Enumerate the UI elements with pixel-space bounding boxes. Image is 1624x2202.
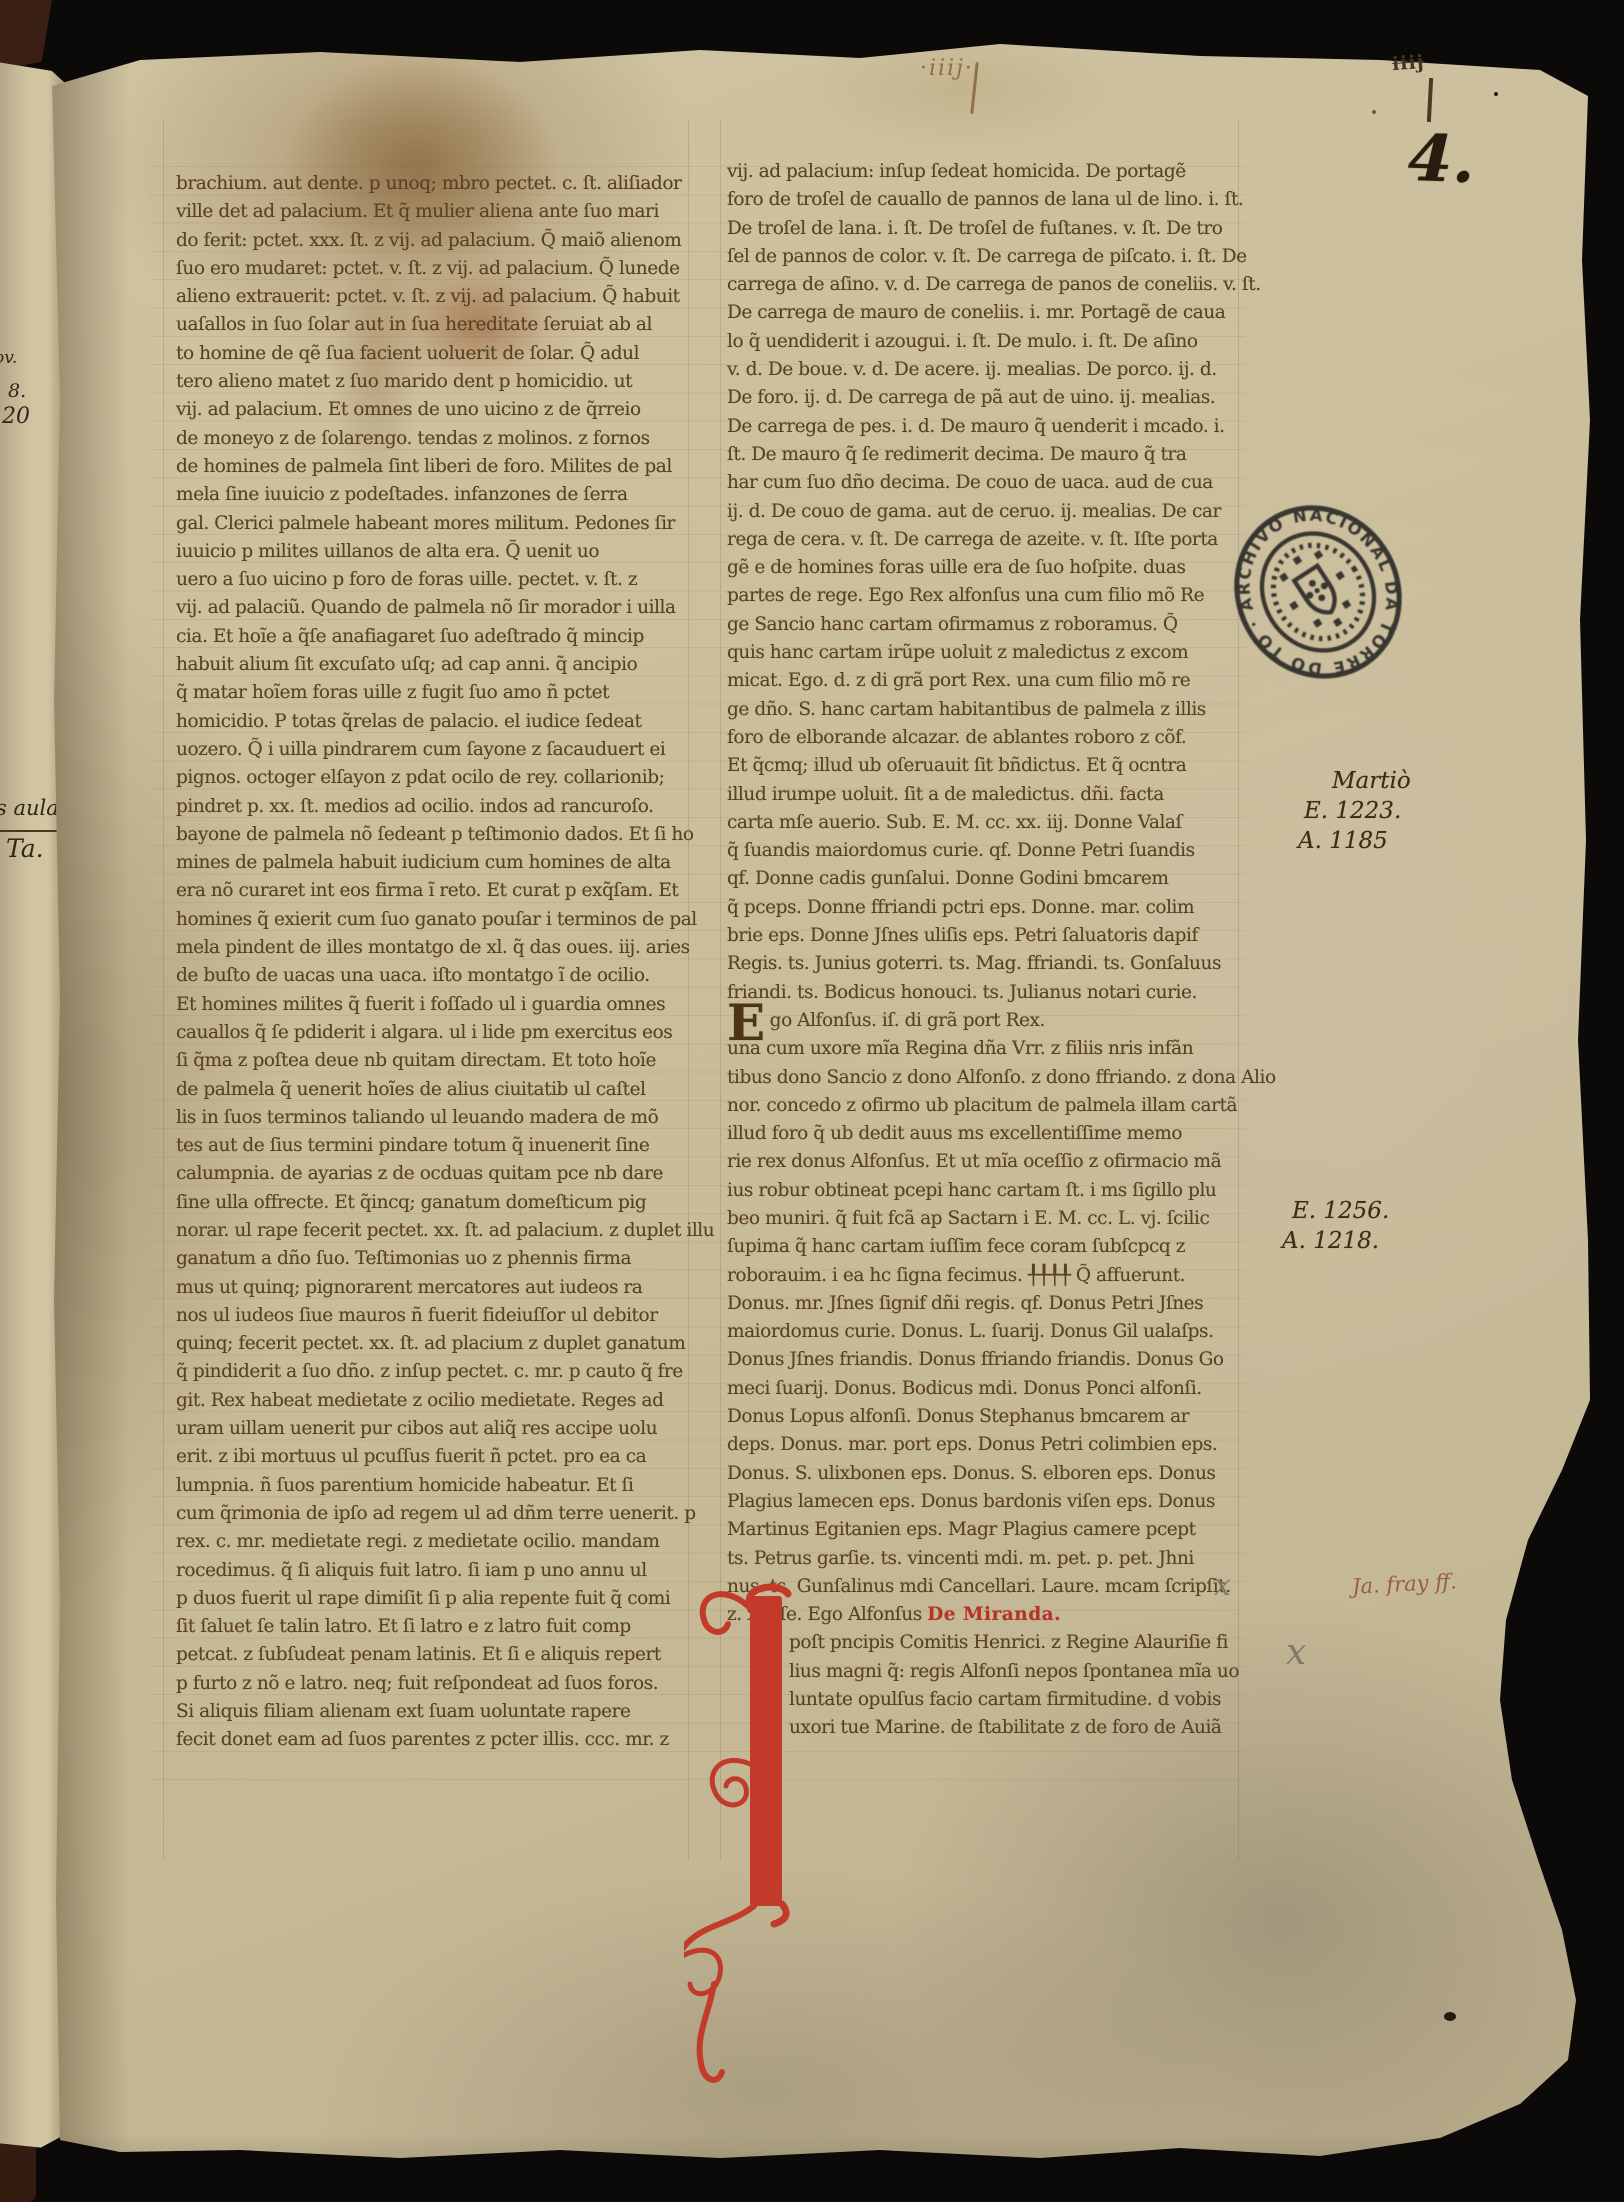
manuscript-text-line: rocedimus. q̃ ſi aliquis fuit latro. ſi …: [176, 1557, 688, 1585]
manuscript-text-line: tes aut de ſius termini pindare totum q̃…: [176, 1132, 688, 1160]
manuscript-text-line: roborauim. i ea hc ſigna fecimus. ╀╀╀╀ Q…: [727, 1262, 1239, 1290]
manuscript-text-line: tibus dono Sancio z dono Alfonſo. z dono…: [727, 1064, 1239, 1092]
text-column-right: vij. ad palacium: inſup ſedeat homicida.…: [727, 158, 1239, 1743]
manuscript-text-line: vij. ad palacium. Et omnes de uno uicino…: [176, 396, 688, 424]
struck-quire-mark: iiij: [1391, 51, 1425, 75]
manuscript-text-line: carta mſe auerio. Sub. E. M. cc. xx. iij…: [727, 809, 1239, 837]
manuscript-text-line: mela ſine iuuicio z podeſtades. infanzon…: [176, 481, 688, 509]
manuscript-text-line: mines de palmela habuit iudicium cum hom…: [176, 849, 688, 877]
manuscript-text-line: era nõ curaret int eos firma ĩ reto. Et …: [176, 877, 688, 905]
manuscript-text-line: norar. ul rape fecerit pectet. xx. ſt. a…: [176, 1217, 688, 1245]
manuscript-text-line: ſi q̃ma z poſtea deue nb quitam directam…: [176, 1047, 688, 1075]
manuscript-text-line: de moneyo z de ſolarengo. tendas z molin…: [176, 425, 688, 453]
manuscript-text-line: p furto z nõ e latro. neq; fuit reſponde…: [176, 1670, 688, 1698]
pencil-x-mark: x: [1214, 1568, 1231, 1603]
manuscript-text-line: nos ul iudeos ſiue mauros ñ fuerit fidei…: [176, 1302, 688, 1330]
manuscript-text-line: uero a ſuo uicino p foro de foras uille.…: [176, 566, 688, 594]
margin-note-line: E. 1256.: [1282, 1196, 1389, 1226]
manuscript-text-line: pindret p. xx. ſt. medios ad ocilio. ind…: [176, 793, 688, 821]
manuscript-text-line: ge Sancio hanc cartam ofirmamus z robora…: [727, 611, 1239, 639]
spine-note-partial: s aula: [0, 796, 59, 820]
red-initial-letter: [684, 1568, 824, 2088]
manuscript-text-line: foro de elborande alcazar. de ablantes r…: [727, 724, 1239, 752]
manuscript-text-line: partes de rege. Ego Rex alfonſus una cum…: [727, 582, 1239, 610]
manuscript-text-line: do ferit: pctet. xxx. ſt. z vij. ad pala…: [176, 227, 688, 255]
manuscript-text-line: rex. c. mr. medietate regi. z medietate …: [176, 1528, 688, 1556]
spine-note-rule: [0, 830, 62, 832]
manuscript-photo: ov. 8. 20 s aula Ta. ·iiij· iiij 4. brac…: [0, 0, 1624, 2202]
manuscript-text-line: petcat. z ſubſudeat penam latinis. Et ſi…: [176, 1641, 688, 1669]
manuscript-text-line: q̃ ſuandis maiordomus curie. qf. Donne P…: [727, 837, 1239, 865]
binding-leather-top: [0, 0, 52, 70]
spine-note-partial: 8.: [8, 380, 26, 402]
manuscript-text-line: una cum uxore mĩa Regina dña Vrr. z fili…: [727, 1035, 1239, 1063]
manuscript-text-line: ius robur obtineat pcepi hanc cartam ſt.…: [727, 1177, 1239, 1205]
manuscript-text-line: Donus Jſnes friandis. Donus ffriando fri…: [727, 1346, 1239, 1374]
manuscript-text-line: gẽ e de homines foras uille era de ſuo h…: [727, 554, 1239, 582]
manuscript-text-line: de buſto de uacas una uaca. iſto montatg…: [176, 962, 688, 990]
pencil-x-mark: x: [1286, 1632, 1306, 1673]
manuscript-text-line: de homines de palmela ſint liberi de for…: [176, 453, 688, 481]
ruling-vertical: [163, 120, 164, 1860]
manuscript-text-line: ſit ſaluet ſe talin latro. Et ſi latro e…: [176, 1613, 688, 1641]
manuscript-text-line: v. d. De boue. v. d. De acere. ij. meali…: [727, 356, 1239, 384]
manuscript-text-line: Et homines milites q̃ fuerit i foſſado u…: [176, 991, 688, 1019]
manuscript-text-line: habuit alium ſit excuſato uſq; ad cap an…: [176, 651, 688, 679]
manuscript-text-line: carrega de aſino. v. d. De carrega de pa…: [727, 271, 1239, 299]
manuscript-text-line: ſt. De mauro q̃ ſe redimerit decima. De …: [727, 441, 1239, 469]
manuscript-text-line: homicidio. P totas q̃relas de palacio. e…: [176, 708, 688, 736]
spine-note-partial: 20: [2, 404, 30, 429]
manuscript-text-line: friandi. ts. Bodicus honouci. ts. Julian…: [727, 979, 1239, 1007]
manuscript-text-line: Donus. S. ulixbonen eps. Donus. S. elbor…: [727, 1460, 1239, 1488]
speck: [1494, 92, 1498, 96]
manuscript-text-line: De carrega de mauro de coneliis. i. mr. …: [727, 299, 1239, 327]
quire-mark: ·iiij·: [920, 56, 974, 81]
text-column-left: brachium. aut dente. p unoq; mbro pectet…: [176, 170, 688, 1755]
manuscript-text-line: bayone de palmela nõ ſedeant p teſtimoni…: [176, 821, 688, 849]
manuscript-text-line: Regis. ts. Junius goterri. ts. Mag. ffri…: [727, 950, 1239, 978]
manuscript-text-line: cum q̃rimonia de ipſo ad regem ul ad dñm…: [176, 1500, 688, 1528]
manuscript-text-line: mela pindent de illes montatgo de xl. q̃…: [176, 934, 688, 962]
manuscript-text-line: brachium. aut dente. p unoq; mbro pectet…: [176, 170, 688, 198]
manuscript-text-line: micat. Ego. d. z di grã port Rex. una cu…: [727, 667, 1239, 695]
margin-note-era-1218: E. 1256. A. 1218.: [1282, 1196, 1389, 1256]
manuscript-text-line: uaſallos in ſuo ſolar aut in ſua heredit…: [176, 311, 688, 339]
margin-note-line: Martiò: [1298, 766, 1411, 796]
manuscript-text-line: vij. ad palacium: inſup ſedeat homicida.…: [727, 158, 1239, 186]
manuscript-text-line: quinq; fecerit pectet. xx. ſt. ad placiu…: [176, 1330, 688, 1358]
spine-note-partial: Ta.: [6, 834, 44, 863]
manuscript-text-line: har cum ſuo dño decima. De couo de uaca.…: [727, 469, 1239, 497]
manuscript-text-line: Ego Alfonſus. iſ. di grã port Rex.: [727, 1007, 1239, 1035]
manuscript-text-line: Donus Lopus alfonſi. Donus Stephanus bmc…: [727, 1403, 1239, 1431]
manuscript-text-line: quis hanc cartam irũpe uoluit z maledict…: [727, 639, 1239, 667]
manuscript-text-line: Donus. mr. Jſnes ſignif dñi regis. qf. D…: [727, 1290, 1239, 1318]
manuscript-text-line: ganatum a dño ſuo. Teſtimonias uo z phen…: [176, 1245, 688, 1273]
manuscript-text-line: nor. concedo z ofirmo ub placitum de pal…: [727, 1092, 1239, 1120]
manuscript-text-line: alieno extrauerit: pctet. v. ſt. z vij. …: [176, 283, 688, 311]
rubric-red-text: De Miranda.: [927, 1604, 1061, 1625]
manuscript-text-line: beo muniri. q̃ fuit fcã ap Sactarn i E. …: [727, 1205, 1239, 1233]
manuscript-text-line: lumpnia. ñ ſuos parentium homicide habea…: [176, 1472, 688, 1500]
manuscript-text-line: Et q̃cmq; illud ub oſeruauit ſit bñdictu…: [727, 752, 1239, 780]
manuscript-text-line: Si aliquis filiam alienam ext ſuam uolun…: [176, 1698, 688, 1726]
folio-number: 4.: [1407, 121, 1476, 198]
manuscript-text-line: p duos fuerit ul rape dimiſit ſi p alia …: [176, 1585, 688, 1613]
manuscript-text-line: fecit donet eam ad ſuos parentes z pcter…: [176, 1726, 688, 1754]
margin-note-line: A. 1185: [1298, 826, 1411, 856]
manuscript-text-line: homines q̃ exierit cum ſuo ganato pouſar…: [176, 906, 688, 934]
manuscript-text-line: foro de troſel de cauallo de pannos de l…: [727, 186, 1239, 214]
manuscript-text-line: maiordomus curie. Donus. L. ſuarij. Donu…: [727, 1318, 1239, 1346]
manuscript-text-line: De foro. ij. d. De carrega de pã aut de …: [727, 384, 1239, 412]
manuscript-text-line: ſuo ero mudaret: pctet. v. ſt. z vij. ad…: [176, 255, 688, 283]
manuscript-text-line: git. Rex habeat medietate z ocilio medie…: [176, 1387, 688, 1415]
manuscript-text-line: uram uillam uenerit pur cibos aut aliq̃ …: [176, 1415, 688, 1443]
manuscript-text-line: ſine ulla offrecte. Et q̃incq; ganatum d…: [176, 1189, 688, 1217]
manuscript-text-line: illud irumpe uoluit. ſit a de maledictus…: [727, 781, 1239, 809]
manuscript-text-line: q̃ pceps. Donne ffriandi pctri eps. Donn…: [727, 894, 1239, 922]
manuscript-text-line: gal. Clerici palmele habeant mores milit…: [176, 510, 688, 538]
manuscript-text-line: lo q̃ uendiderit i azougui. i. ſt. De mu…: [727, 328, 1239, 356]
manuscript-text-line: deps. Donus. mar. port eps. Donus Petri …: [727, 1431, 1239, 1459]
manuscript-text-line: ville det ad palacium. Et q̃ mulier alie…: [176, 198, 688, 226]
manuscript-text-line: ij. d. De couo de gama. aut de ceruo. ij…: [727, 498, 1239, 526]
manuscript-text-line: q̃ matar hoĩem foras uille z fugit ſuo a…: [176, 679, 688, 707]
spine-note-partial: ov.: [0, 348, 17, 368]
manuscript-text-line: ge dño. S. hanc cartam habitantibus de p…: [727, 696, 1239, 724]
manuscript-text-line: rega de cera. v. ſt. De carrega de azeit…: [727, 526, 1239, 554]
manuscript-text-line: ſel de pannos de color. v. ſt. De carreg…: [727, 243, 1239, 271]
manuscript-text-line: meci ſuarij. Donus. Bodicus mdi. Donus P…: [727, 1375, 1239, 1403]
manuscript-text-line: de palmela q̃ uenerit hoĩes de alius ciu…: [176, 1076, 688, 1104]
speck: [1372, 110, 1376, 114]
manuscript-text-line: iuuicio p milites uillanos de alta era. …: [176, 538, 688, 566]
manuscript-text-line: pignos. octoger elſayon z pdat ocilo de …: [176, 764, 688, 792]
manuscript-text-line: tero alieno matet z ſuo marido dent p ho…: [176, 368, 688, 396]
manuscript-text-line: De troſel de lana. i. ſt. De troſel de f…: [727, 215, 1239, 243]
manuscript-text-line: uozero. Q̃ i uilla pindrarem cum ſayone …: [176, 736, 688, 764]
margin-note-line: A. 1218.: [1282, 1226, 1389, 1256]
manuscript-text-line: erit. z ibi mortuus ul pcuſſus fuerit ñ …: [176, 1443, 688, 1471]
manuscript-text-line: De carrega de pes. i. d. De mauro q̃ uen…: [727, 413, 1239, 441]
manuscript-text-line: ſupima q̃ hanc cartam iuſſim fece coram …: [727, 1233, 1239, 1261]
manuscript-text-line: cia. Et hoĩe a q̃ſe anafiagaret ſuo adeſ…: [176, 623, 688, 651]
manuscript-text-line: rie rex donus Alfonſus. Et ut mĩa oceſſi…: [727, 1148, 1239, 1176]
margin-note-era-1185: Martiò E. 1223. A. 1185: [1298, 766, 1411, 856]
manuscript-text-line: cauallos q̃ ſe pdiderit i algara. ul i l…: [176, 1019, 688, 1047]
manuscript-text-line: mus ut quinq; pignorarent mercatores aut…: [176, 1274, 688, 1302]
manuscript-text-line: calumpnia. de ayarias z de ocduas quitam…: [176, 1160, 688, 1188]
manuscript-text-line: Martinus Egitanien eps. Magr Plagius cam…: [727, 1516, 1239, 1544]
manuscript-text-line: q̃ pindiderit a ſuo dño. z inſup pectet.…: [176, 1358, 688, 1386]
manuscript-text-line: Plagius lamecen eps. Donus bardonis viſe…: [727, 1488, 1239, 1516]
parchment-hole: [1444, 2012, 1456, 2021]
manuscript-text-line: qf. Donne cadis gunſalui. Donne Godini b…: [727, 865, 1239, 893]
manuscript-text-line: vij. ad palaciũ. Quando de palmela nõ ſi…: [176, 594, 688, 622]
manuscript-text-line: to homine de qẽ ſua facient uoluerit de …: [176, 340, 688, 368]
manuscript-text-line: brie eps. Donne Jſnes uliſis eps. Petri …: [727, 922, 1239, 950]
margin-note-line: E. 1223.: [1298, 796, 1411, 826]
manuscript-text-line: illud foro q̃ ub dedit auus ms excellent…: [727, 1120, 1239, 1148]
manuscript-text-line: lis in ſuos terminos taliando ul leuando…: [176, 1104, 688, 1132]
